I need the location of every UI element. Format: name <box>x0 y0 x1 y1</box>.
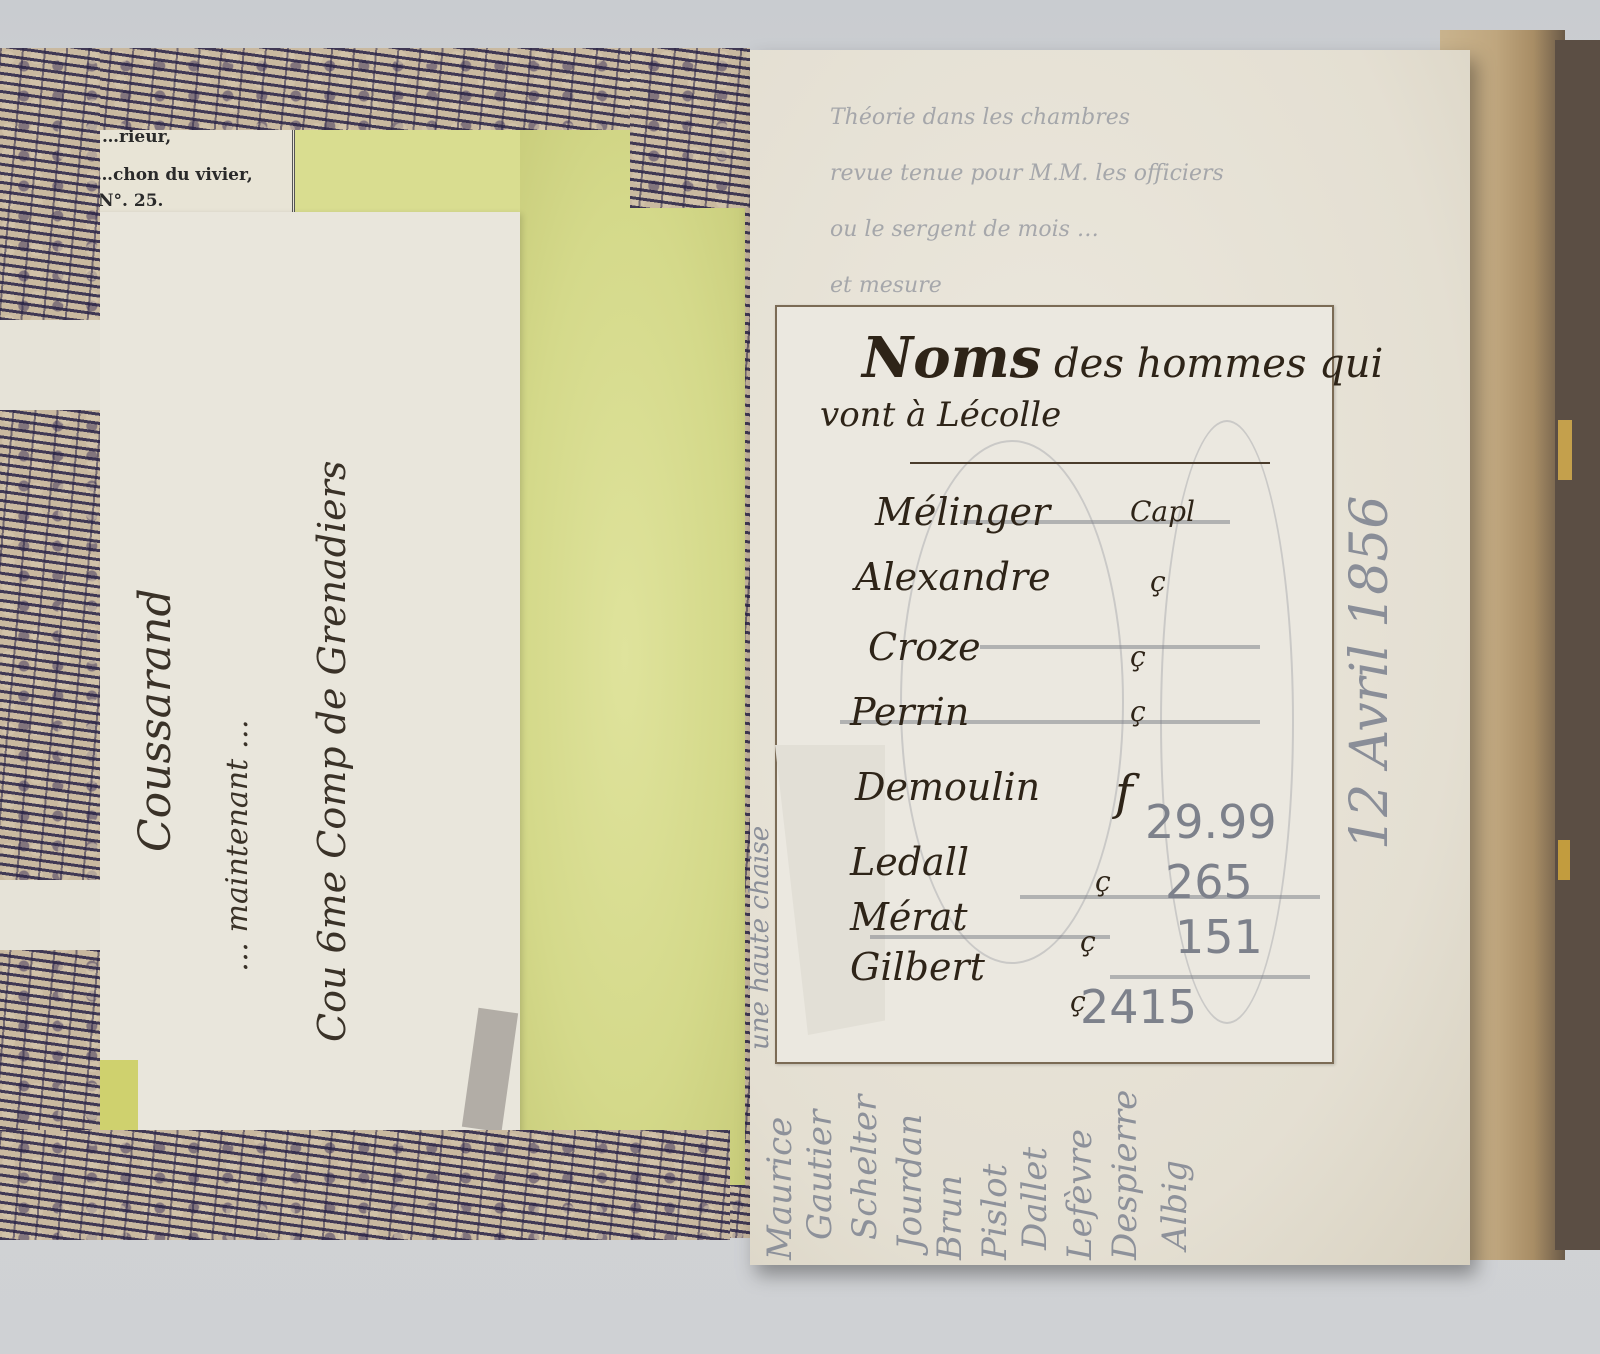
slip-rule <box>910 462 1270 464</box>
rank-mark: f <box>1115 765 1133 821</box>
green-endpaper-strip <box>280 125 520 225</box>
green-endpaper <box>505 125 745 1185</box>
name: Croze <box>868 625 981 669</box>
pencil-name: Maurice <box>760 1117 800 1260</box>
slip-title-big: Noms <box>862 325 1041 391</box>
name: Ledall <box>850 840 969 884</box>
pencil-name: Lefèvre <box>1060 1129 1100 1260</box>
marble-border-bottom <box>0 1130 730 1240</box>
pencil-note: Théorie dans les chambres <box>830 90 1390 146</box>
pencil-name: Gautier <box>800 1110 840 1240</box>
rank-mark: ç <box>1150 565 1166 598</box>
name-row: Alexandre <box>855 555 1051 599</box>
rank-mark: ç <box>1130 695 1146 728</box>
pencil-note: revue tenue pour M.M. les officiers <box>830 146 1390 202</box>
pencil-strike <box>1110 975 1310 979</box>
name: Demoulin <box>855 765 1040 809</box>
pencil-name: Despierre <box>1105 1090 1145 1260</box>
pencil-strike <box>980 645 1260 649</box>
name: Mélinger <box>875 490 1050 534</box>
marble-corner-top-right <box>630 48 750 208</box>
folded-letter: Coussarand … maintenant … Cou 6me Comp d… <box>80 212 520 1132</box>
name-row: Gilbert <box>850 945 985 989</box>
letter-name: Coussarand <box>130 588 181 852</box>
paper-tab-1 <box>0 320 100 410</box>
pencil-name: Dallet <box>1015 1147 1055 1250</box>
bookmark-ribbon <box>1558 420 1572 480</box>
vertical-pencil-date: 12 Avril 1856 <box>1340 495 1400 850</box>
pencil-number: 29.99 <box>1145 795 1277 849</box>
printed-label: …rieur, …chon du vivier, N°. 25. <box>92 125 295 220</box>
bottom-pencil-names: Maurice Gautier Schelter Jourdan Brun Pi… <box>760 1060 1320 1260</box>
rank-mark: ç <box>1130 640 1146 673</box>
rank-mark: ç <box>1095 865 1111 898</box>
marble-border-left <box>0 48 100 1238</box>
name-row: Perrin <box>850 690 969 734</box>
pencil-note: ou le sergent de mois … <box>830 202 1390 258</box>
side-pencil-note: une haute chaise <box>745 826 775 1050</box>
name: Mérat <box>850 895 968 939</box>
slip-title: Noms des hommes qui <box>862 325 1383 391</box>
name: Perrin <box>850 690 969 734</box>
printed-label-line2: …chon du vivier, <box>96 165 253 185</box>
pencil-number: 265 <box>1165 855 1253 909</box>
name: Alexandre <box>855 555 1051 599</box>
paper-tab-2 <box>0 880 100 950</box>
name-row: Mélinger <box>875 490 1050 534</box>
printed-label-line1: …rieur, <box>102 127 171 147</box>
name-row: Croze <box>868 625 981 669</box>
pencil-name: Schelter <box>845 1095 885 1240</box>
name-row: Ledall <box>850 840 969 884</box>
pencil-number: 151 <box>1175 910 1263 964</box>
slip-title-rest: des hommes qui <box>1054 341 1383 387</box>
name: Gilbert <box>850 945 985 989</box>
pencil-name: Albig <box>1155 1160 1195 1250</box>
pencil-number: 2415 <box>1080 980 1197 1034</box>
pencil-name: Brun <box>930 1175 970 1260</box>
slip-subtitle: vont à Lécolle <box>820 395 1061 435</box>
pencil-name: Pislot <box>975 1164 1015 1260</box>
name-row: Mérat <box>850 895 968 939</box>
rank-mark: ç <box>1080 925 1096 958</box>
printed-label-line3: N°. 25. <box>98 191 163 211</box>
rank-mark: Capl <box>1130 495 1195 528</box>
bookmark-ribbon-2 <box>1558 840 1570 880</box>
pencil-name: Jourdan <box>890 1114 930 1250</box>
book-spine <box>1555 40 1600 1250</box>
name-row: Demoulin <box>855 765 1040 809</box>
letter-line3: Cou 6me Comp de Grenadiers <box>310 461 354 1042</box>
letter-line2: … maintenant … <box>220 719 255 972</box>
